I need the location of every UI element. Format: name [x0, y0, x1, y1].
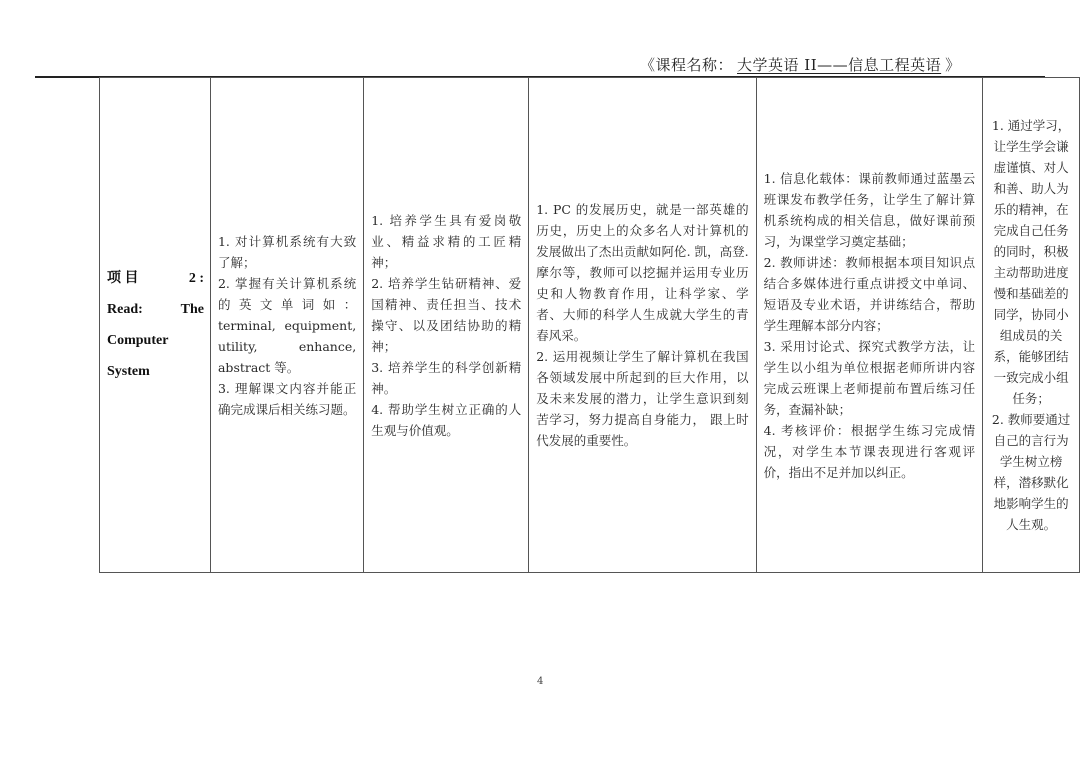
element-item: 2. 运用视频让学生了解计算机在我国各领域发展中所起到的巨大作用，以及未来发展的…	[536, 346, 748, 451]
course-title-prefix: 《课程名称：	[640, 56, 733, 74]
effect-item: 1. 通过学习，让学生学会谦虚谨慎、对人和善、助人为乐的精神，在完成自己任务的同…	[990, 115, 1072, 409]
project-cell: 项 目2 : Read:The Computer System	[100, 78, 211, 573]
goal-item: 2. 培养学生钻研精神、爱国精神、责任担当、技术操守、以及团结协助的精神；	[371, 273, 521, 357]
goal-item: 1. 培养学生具有爱岗敬业、精益求精的工匠精神；	[371, 210, 521, 273]
ideological-elements-cell: 1. PC 的发展历史，就是一部英雄的历史，历史上的众多名人对计算机的发展做出了…	[529, 78, 756, 573]
project-title-word: Computer	[107, 325, 204, 356]
teaching-methods-cell: 1. 信息化载体：课前教师通过蓝墨云班课发布教学任务，让学生了解计算机系统构成的…	[756, 78, 983, 573]
project-title-word: The	[181, 294, 204, 325]
project-title-word: System	[107, 356, 204, 387]
page-number: 4	[537, 676, 543, 687]
objective-item: 3. 理解课文内容并能正确完成课后相关练习题。	[218, 378, 356, 420]
project-number: 2 :	[189, 263, 204, 294]
method-item: 2. 教师讲述：教师根据本项目知识点结合多媒体进行重点讲授文中单词、短语及专业术…	[764, 252, 976, 336]
goal-item: 3. 培养学生的科学创新精神。	[371, 357, 521, 399]
lesson-plan-table: 项 目2 : Read:The Computer System 1. 对计算机系…	[99, 77, 1080, 573]
project-label: 项 目	[107, 263, 139, 294]
method-item: 4. 考核评价：根据学生练习完成情况，对学生本节课表现进行客观评价，指出不足并加…	[764, 420, 976, 483]
course-name: 大学英语 II——信息工程英语	[733, 56, 945, 74]
teaching-effects-cell: 1. 通过学习，让学生学会谦虚谨慎、对人和善、助人为乐的精神，在完成自己任务的同…	[983, 78, 1080, 573]
method-item: 3. 采用讨论式、探究式教学方法，让学生以小组为单位根据老师所讲内容完成云班课上…	[764, 336, 976, 420]
objective-item: 2. 掌握有关计算机系统的英文单词如：terminal, equipment, …	[218, 273, 356, 378]
method-item: 1. 信息化载体：课前教师通过蓝墨云班课发布教学任务，让学生了解计算机系统构成的…	[764, 168, 976, 252]
objectives-cell: 1. 对计算机系统有大致了解； 2. 掌握有关计算机系统的英文单词如：termi…	[210, 78, 363, 573]
project-title-word: Read:	[107, 294, 143, 325]
element-item: 1. PC 的发展历史，就是一部英雄的历史，历史上的众多名人对计算机的发展做出了…	[536, 199, 748, 346]
course-title-header: 《课程名称：大学英语 II——信息工程英语》	[640, 54, 961, 75]
effect-item: 2. 教师要通过自己的言行为学生树立榜样，潜移默化地影响学生的人生观。	[990, 409, 1072, 535]
table-row: 项 目2 : Read:The Computer System 1. 对计算机系…	[100, 78, 1080, 573]
goal-item: 4. 帮助学生树立正确的人生观与价值观。	[371, 399, 521, 441]
ideological-goals-cell: 1. 培养学生具有爱岗敬业、精益求精的工匠精神； 2. 培养学生钻研精神、爱国精…	[364, 78, 529, 573]
objective-item: 1. 对计算机系统有大致了解；	[218, 231, 356, 273]
course-title-suffix: 》	[945, 56, 961, 74]
